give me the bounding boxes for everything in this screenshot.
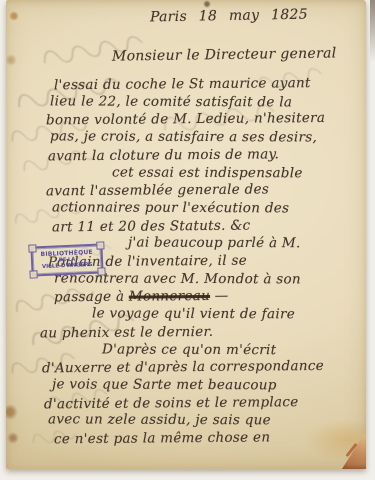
letter-line-with-strikethrough: passage à Monnereau — [54, 287, 360, 307]
line-prefix: passage à [54, 289, 129, 306]
letter-line: actionnaires pour l'exécution des [52, 199, 360, 218]
letter-line: art 11 et 20 des Statuts. &c [52, 216, 360, 236]
line-suffix: — [210, 288, 229, 304]
stamp-line-3: VILLE D'ANGERS [35, 262, 99, 272]
library-stamp: BIBLIOTHÈQUE DE LA VILLE D'ANGERS [30, 243, 103, 276]
letter-line: cet essai est indispensable [112, 164, 360, 183]
letter-line: pas, je crois, a satisfaire a ses desirs… [50, 128, 360, 147]
scanned-letter-page: { "letter": { "dateline": "Paris 18 may … [0, 0, 375, 480]
letter-line: le voyage qu'il vient de faire [92, 306, 360, 325]
salutation: Monsieur le Directeur general [112, 45, 337, 66]
letter-line: l'essai du coche le St maurice ayant [54, 75, 360, 95]
letter-line: bonne volonté de M. Ledieu, n'hesitera [46, 110, 360, 130]
stamp-corner-ornament [28, 244, 36, 252]
letter-line: avant la cloture du mois de may. [48, 145, 360, 165]
stamp-corner-ornament [96, 241, 104, 249]
letter-line: je vois que Sarte met beaucoup [52, 376, 360, 395]
paper-edge-shadow [370, 0, 375, 62]
letter-line: avant l'assemblée generale des [46, 181, 360, 201]
letter-line: avec un zele assidu, je sais que [48, 412, 360, 431]
dateline: Paris 18 may 1825 [150, 7, 308, 27]
letter-line: ce n'est pas la même chose en [54, 429, 360, 449]
letter-line: au phenix est le dernier. [40, 322, 360, 342]
strikethrough-word: Monnereau [129, 288, 210, 305]
stamp-corner-ornament [29, 270, 37, 278]
letter-line: d'Auxerre et d'après la correspondance [42, 358, 360, 378]
stamp-corner-ornament [97, 267, 105, 275]
letter-line: j'ai beaucoup parlé à M. [128, 235, 360, 254]
